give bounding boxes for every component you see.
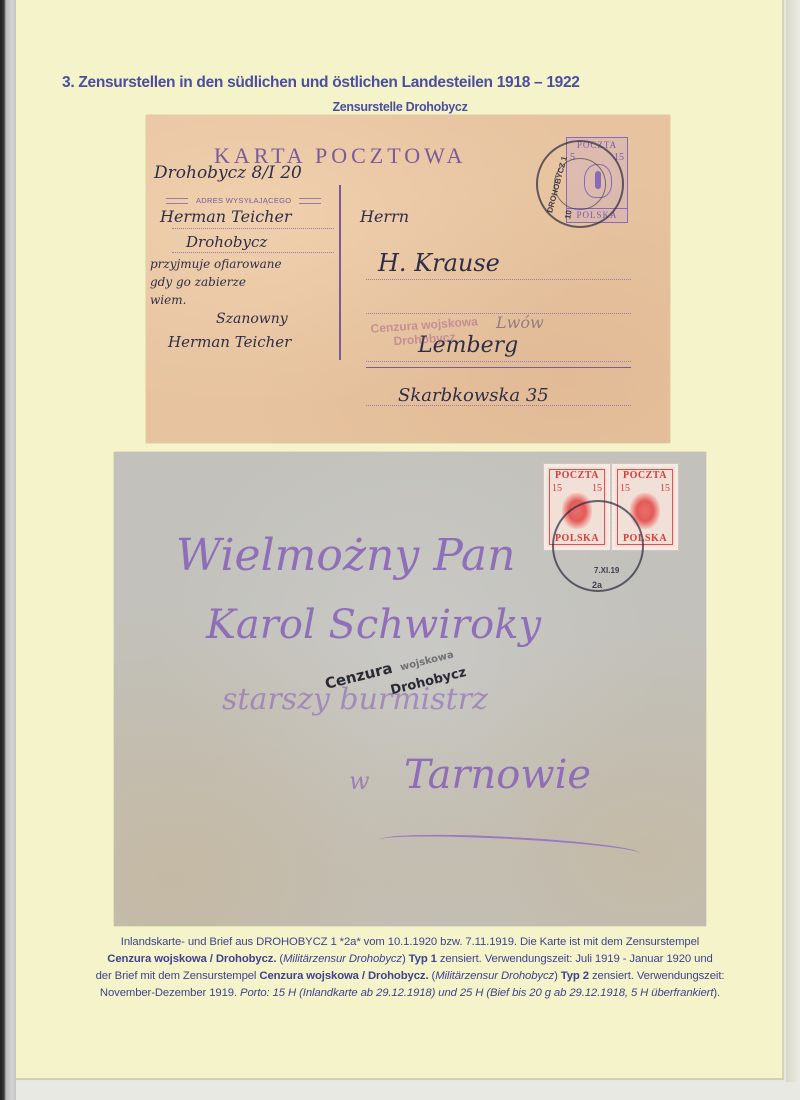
caption-text: November-Dezember 1919. (100, 987, 240, 999)
scan-edge-right (786, 0, 800, 1082)
censor-name-bold: Cenzura wojskowa / Drohobycz. (259, 970, 428, 982)
recipient-line (366, 361, 631, 362)
page-heading: 3. Zensurstellen in den südlichen und ös… (62, 74, 580, 92)
handwritten-message: wiem. (150, 293, 186, 307)
handwritten-date: Drohobycz 8/I 20 (154, 163, 302, 183)
sender-line (172, 252, 334, 253)
caption-line-1: Inlandskarte- und Brief aus DROHOBYCZ 1 … (50, 934, 770, 951)
handwritten-salutation: Wielmożny Pan (176, 530, 515, 581)
caption-text: ) (554, 970, 561, 982)
postcard-divider (339, 185, 341, 360)
handwritten-message: gdy go zabierze (150, 275, 246, 289)
handwritten-sender: Drohobycz (186, 233, 267, 251)
handwritten-signature: Herman Teicher (168, 333, 291, 351)
postage-italic: Porto: 15 H (Inlandkarte ab 29.12.1918) … (240, 987, 713, 999)
handwritten-recipient-name: H. Krause (378, 249, 500, 277)
handwritten-city: Tarnowie (404, 752, 591, 798)
page-subheading: Zensurstelle Drohobycz (0, 100, 800, 114)
recipient-line (366, 279, 631, 280)
sender-line (172, 228, 334, 229)
handwritten-recipient-name: Karol Schwiroky (206, 602, 541, 648)
caption-line-3: der Brief mit dem Zensurstempel Cenzura … (50, 968, 770, 985)
scan-edge-left (0, 0, 16, 1100)
type-label-bold: Typ 2 (561, 970, 589, 982)
stamp-value-right: 15 (660, 483, 670, 494)
postmark-date: 7.XI.19 (594, 566, 619, 575)
postmark-date: 10 (563, 209, 573, 219)
stamp-value-left: 15 (620, 483, 630, 494)
caption-text: ). (713, 987, 720, 999)
stamp-top-text: POCZTA (615, 470, 675, 481)
stamp-value-left: 15 (552, 483, 562, 494)
handwritten-sender: Herman Teicher (160, 207, 292, 226)
envelope: POCZTA 15 15 POLSKA POCZTA 15 15 POLSKA … (114, 452, 706, 926)
caption-italic: Militärzensur Drohobycz (435, 970, 554, 982)
caption-italic: Militärzensur Drohobycz (283, 953, 402, 965)
stamp-value-right: 15 (592, 483, 602, 494)
pencil-note: Lwów (496, 313, 544, 332)
censor-name-bold: Cenzura wojskowa / Drohobycz. (107, 953, 276, 965)
postmark-suffix: 2a (592, 580, 602, 590)
description-caption: Inlandskarte- und Brief aus DROHOBYCZ 1 … (50, 934, 770, 1002)
handwritten-salutation: Herrn (360, 207, 409, 226)
caption-line-2: Cenzura wojskowa / Drohobycz. (Militärze… (50, 951, 770, 968)
postcard-postmark: DROHOBYCZ 1 10 (536, 140, 624, 228)
caption-text: zensiert. Verwendungszeit: (589, 970, 724, 982)
handwritten-underline (379, 830, 642, 864)
caption-line-4: November-Dezember 1919. Porto: 15 H (Inl… (50, 985, 770, 1002)
recipient-underline (366, 367, 631, 368)
caption-text: der Brief mit dem Zensurstempel (96, 970, 260, 982)
scan-edge-bottom (16, 1082, 800, 1100)
caption-text: zensiert. Verwendungszeit: Juli 1919 - J… (437, 953, 713, 965)
stamp-top-text: POCZTA (547, 470, 607, 481)
handwritten-recipient-street: Skarbkowska 35 (398, 385, 549, 406)
postcard-sender-label: ADRES WYSYŁAJĄCEGO (196, 196, 291, 205)
caption-text: ) (402, 953, 409, 965)
postcard: KARTA POCZTOWA ADRES WYSYŁAJĄCEGO Drohob… (146, 115, 670, 443)
handwritten-message: Szanowny (216, 311, 288, 327)
type-label-bold: Typ 1 (409, 953, 437, 965)
handwritten-preposition: w (349, 767, 370, 795)
envelope-postmark: 7.XI.19 2a (552, 500, 644, 592)
handwritten-message: przyjmuje ofiarowane (150, 257, 282, 271)
